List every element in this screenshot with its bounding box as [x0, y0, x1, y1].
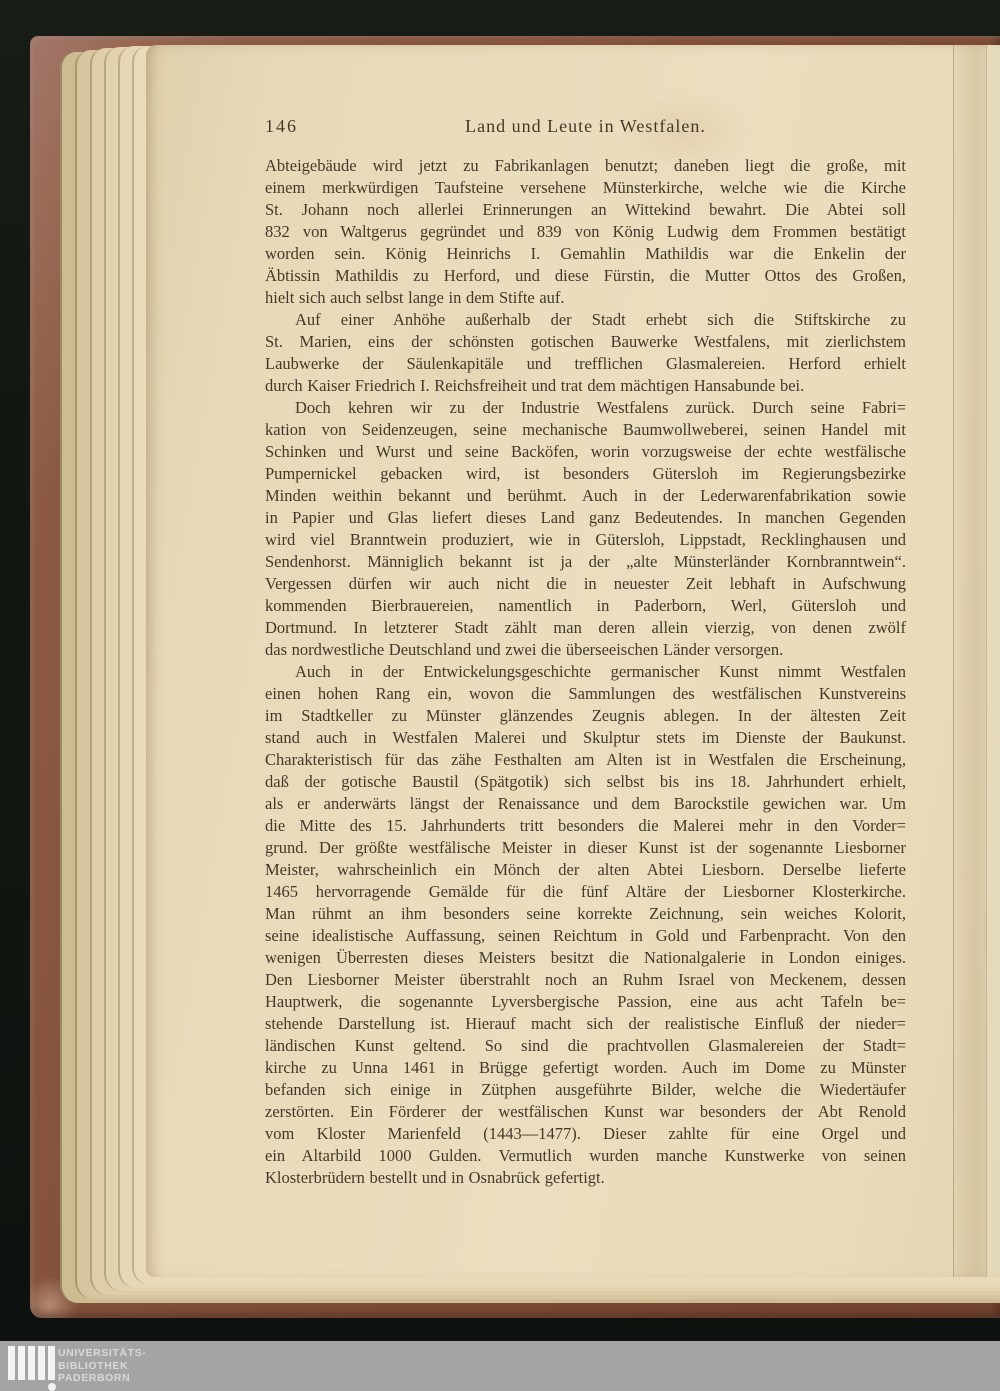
text-line: Doch kehren wir zu der Industrie Westfal…	[265, 397, 906, 419]
text-line: Schinken und Wurst und seine Backöfen, w…	[265, 441, 906, 463]
text-line: befanden sich einige in Zütphen ausgefüh…	[265, 1079, 906, 1101]
text-line: zerstörten. Ein Förderer der westfälisch…	[265, 1101, 906, 1123]
text-line: ein Altarbild 1000 Gulden. Vermutlich wu…	[265, 1145, 906, 1167]
text-line: Abteigebäude wird jetzt zu Fabrikanlagen…	[265, 155, 906, 177]
paragraph: Doch kehren wir zu der Industrie Westfal…	[265, 397, 906, 661]
text-line: stehende Darstellung ist. Hierauf macht …	[265, 1013, 906, 1035]
page-header: 146 Land und Leute in Westfalen.	[265, 113, 906, 139]
text-line: Hauptwerk, die sogenannte Lyversbergisch…	[265, 991, 906, 1013]
library-logo-icon	[8, 1346, 58, 1391]
paragraph: Auf einer Anhöhe außerhalb der Stadt erh…	[265, 309, 906, 397]
text-line: 832 von Waltgerus gegründet und 839 von …	[265, 221, 906, 243]
text-line: das nordwestliche Deutschland und zwei d…	[265, 639, 906, 661]
text-line: Auch in der Entwickelungsgeschichte germ…	[265, 661, 906, 683]
text-line: vom Kloster Marienfeld (1443—1477). Dies…	[265, 1123, 906, 1145]
library-name-line: BIBLIOTHEK	[58, 1360, 146, 1373]
page-number: 146	[265, 113, 298, 139]
page-content: 146 Land und Leute in Westfalen. Abteige…	[265, 45, 906, 1277]
text-line: wird viel Branntwein produziert, wie in …	[265, 529, 906, 551]
text-line: einem merkwürdigen Taufsteine versehene …	[265, 177, 906, 199]
text-line: stand auch in Westfalen Malerei und Skul…	[265, 727, 906, 749]
text-line: seine idealistische Auffassung, seinen R…	[265, 925, 906, 947]
text-line: Sendenhorst. Männiglich bekannt ist ja d…	[265, 551, 906, 573]
text-line: durch Kaiser Friedrich I. Reichsfreiheit…	[265, 375, 906, 397]
text-line: in Papier und Glas liefert dieses Land g…	[265, 507, 906, 529]
running-title: Land und Leute in Westfalen.	[265, 113, 906, 139]
text-line: Pumpernickel gebacken wird, ist besonder…	[265, 463, 906, 485]
text-line: einen hohen Rang ein, wovon die Sammlung…	[265, 683, 906, 705]
text-line: kation von Seidenzeugen, seine mechanisc…	[265, 419, 906, 441]
text-line: die Mitte des 15. Jahrhunderts tritt bes…	[265, 815, 906, 837]
text-line: Dortmund. In letzterer Stadt zählt man d…	[265, 617, 906, 639]
text-line: daß der gotische Baustil (Spätgotik) sic…	[265, 771, 906, 793]
text-line: worden sein. König Heinrichs I. Gemahlin…	[265, 243, 906, 265]
text-line: Auf einer Anhöhe außerhalb der Stadt erh…	[265, 309, 906, 331]
text-line: Äbtissin Mathildis zu Herford, und diese…	[265, 265, 906, 287]
text-line: Charakteristisch für das zähe Festhalten…	[265, 749, 906, 771]
text-line: Vergessen dürfen wir auch nicht die in n…	[265, 573, 906, 595]
text-line: Den Liesborner Meister überstrahlt noch …	[265, 969, 906, 991]
text-line: Meister, wahrscheinlich ein Mönch der al…	[265, 859, 906, 881]
text-line: St. Johann noch allerlei Erinnerungen an…	[265, 199, 906, 221]
text-line: wenigen Überresten dieses Meisters besit…	[265, 947, 906, 969]
library-name-line: PADERBORN	[58, 1372, 146, 1385]
text-line: St. Marien, eins der schönsten gotischen…	[265, 331, 906, 353]
text-line: grund. Der größte westfälische Meister i…	[265, 837, 906, 859]
text-line: Man rühmt an ihm besonders seine korrekt…	[265, 903, 906, 925]
paragraph: Abteigebäude wird jetzt zu Fabrikanlagen…	[265, 155, 906, 309]
text-line: Klosterbrüdern bestellt und in Osnabrück…	[265, 1167, 906, 1189]
library-name: UNIVERSITÄTS- BIBLIOTHEK PADERBORN	[58, 1347, 146, 1385]
text-line: ländischen Kunst geltend. So sind die pr…	[265, 1035, 906, 1057]
text-line: als er anderwärts längst der Renaissance…	[265, 793, 906, 815]
text-line: kommenden Bierbrauereien, namentlich in …	[265, 595, 906, 617]
text-line: kirche zu Unna 1461 in Brügge gefertigt …	[265, 1057, 906, 1079]
paragraph: Auch in der Entwickelungsgeschichte germ…	[265, 661, 906, 1189]
text-line: Laubwerke der Säulenkapitäle und treffli…	[265, 353, 906, 375]
text-line: hielt sich auch selbst lange in dem Stif…	[265, 287, 906, 309]
library-watermark-bar: UNIVERSITÄTS- BIBLIOTHEK PADERBORN	[0, 1341, 1000, 1391]
text-line: im Stadtkeller zu Münster glänzendes Zeu…	[265, 705, 906, 727]
text-block: Abteigebäude wird jetzt zu Fabrikanlagen…	[265, 155, 906, 1189]
library-name-line: UNIVERSITÄTS-	[58, 1347, 146, 1360]
text-line: Minden weithin bekannt und berühmt. Auch…	[265, 485, 906, 507]
book-page: 146 Land und Leute in Westfalen. Abteige…	[146, 45, 1000, 1277]
text-line: 1465 hervorragende Gemälde für die fünf …	[265, 881, 906, 903]
next-page-sliver	[986, 45, 1000, 1277]
